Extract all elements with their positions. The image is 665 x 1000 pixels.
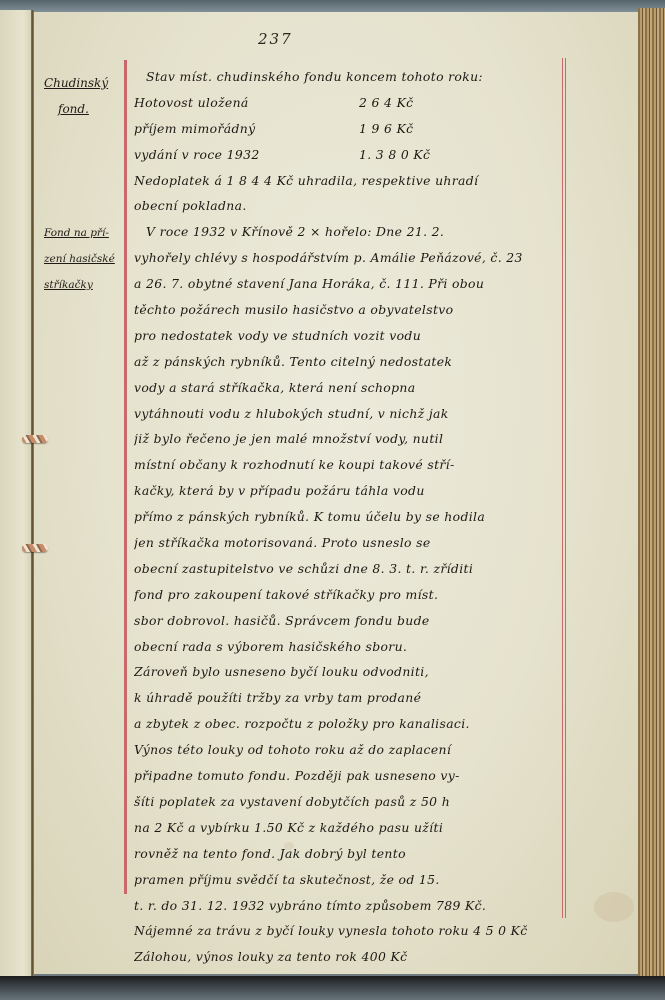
text-line: připadne tomuto fondu. Později pak usnes…: [134, 763, 574, 789]
text-line: jen stříkačka motorisovaná. Proto usnesl…: [134, 530, 574, 556]
text-line: Výnos této louky od tohoto roku až do za…: [134, 737, 574, 763]
margin-rule-left: [124, 60, 127, 894]
page-number: 237: [258, 30, 293, 48]
text-line: V roce 1932 v Křínově 2 × hořelo: Dne 21…: [134, 219, 574, 245]
text-line: na 2 Kč a vybírku 1.50 Kč z každého pasu…: [134, 815, 574, 841]
margin-note-chudinsky-fond: Chudinský fond.: [44, 70, 108, 122]
text-line: vyhořely chlévy s hospodářstvím p. Amáli…: [134, 245, 574, 271]
handwritten-text: Stav míst. chudinského fondu koncem toho…: [134, 64, 574, 970]
text-line: Nedoplatek á 1 8 4 4 Kč uhradila, respek…: [134, 168, 574, 194]
fund-heading: Stav míst. chudinského fondu koncem toho…: [134, 64, 574, 90]
text-line: a zbytek z obec. rozpočtu z položky pro …: [134, 711, 574, 737]
text-line: sbor dobrovol. hasičů. Správcem fondu bu…: [134, 608, 574, 634]
text-line: přímo z pánských rybníků. K tomu účelu b…: [134, 504, 574, 530]
text-line: fond pro zakoupení takové stříkačky pro …: [134, 582, 574, 608]
binding-stitch-bottom: [22, 544, 48, 552]
page-block-edge: [638, 8, 665, 976]
text-line: již bylo řečeno je jen malé množství vod…: [134, 426, 574, 452]
text-line: k úhradě použíti tržby za vrby tam proda…: [134, 685, 574, 711]
margin-note-fond-strikacky: Fond na pří- zení hasičské stříkačky: [44, 220, 115, 298]
binding-stitch-top: [22, 435, 48, 443]
text-line: místní občany k rozhodnutí ke koupi tako…: [134, 452, 574, 478]
text-line: Nájemné za trávu z byčí louky vynesla to…: [134, 918, 574, 944]
fund-item: příjem mimořádný 1 9 6 Kč: [134, 116, 574, 142]
text-line: obecní pokladna.: [134, 193, 574, 219]
text-line: obecní zastupitelstvo ve schůzi dne 8. 3…: [134, 556, 574, 582]
background-bottom: [0, 976, 665, 1000]
text-line: kačky, která by v případu požáru táhla v…: [134, 478, 574, 504]
text-line: obecní rada s výborem hasičského sboru.: [134, 634, 574, 660]
fund-item: vydání v roce 1932 1. 3 8 0 Kč: [134, 142, 574, 168]
left-page-edge: [0, 10, 33, 978]
text-line: vytáhnouti vodu z hlubokých studní, v ni…: [134, 401, 574, 427]
text-line: pro nedostatek vody ve studních vozit vo…: [134, 323, 574, 349]
text-line: a 26. 7. obytné stavení Jana Horáka, č. …: [134, 271, 574, 297]
text-line: až z pánských rybníků. Tento citelný ned…: [134, 349, 574, 375]
text-line: šíti poplatek za vystavení dobytčích pas…: [134, 789, 574, 815]
text-line: Zároveň bylo usneseno byčí louku odvodni…: [134, 659, 574, 685]
text-line: vody a stará stříkačka, která není schop…: [134, 375, 574, 401]
text-line: těchto požárech musilo hasičstvo a obyva…: [134, 297, 574, 323]
text-line: rovněž na tento fond. Jak dobrý byl tent…: [134, 841, 574, 867]
text-line: t. r. do 31. 12. 1932 vybráno tímto způs…: [134, 893, 574, 919]
text-line: Zálohou, výnos louky za tento rok 400 Kč: [134, 944, 574, 970]
text-line: pramen příjmu svědčí ta skutečnost, že o…: [134, 867, 574, 893]
fund-item: Hotovost uložená 2 6 4 Kč: [134, 90, 574, 116]
